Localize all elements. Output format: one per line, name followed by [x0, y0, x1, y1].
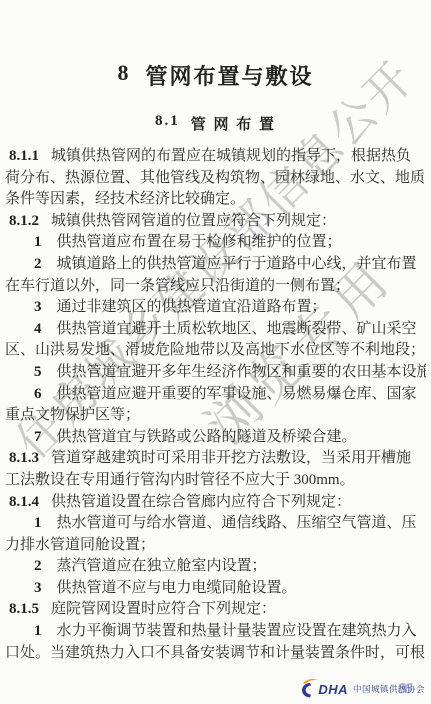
chapter-title-text: 管网布置与敷设 [145, 60, 313, 91]
line-text: 条件等因素，经技术经济比较确定。 [5, 191, 245, 207]
body-text: 8.1.1城镇供热管网的布置应在城镇规划的指导下，根据热负 荷分布、热源位置、其… [5, 146, 426, 664]
dha-logo-name: 中国城镇供热协会 [353, 683, 425, 695]
line-text: 在车行道以外，同一条管线应只沿街道的一侧布置； [5, 278, 350, 294]
line-number: 7 [34, 429, 42, 445]
section-number: 8.1 [155, 113, 180, 134]
body-line: 在车行道以外，同一条管线应只沿街道的一侧布置； [5, 276, 426, 298]
line-text: 力排水管道同舱设置； [5, 537, 155, 553]
body-line: 3供热管道不应与电力电缆同舱设置。 [5, 578, 426, 600]
line-number: 5 [34, 364, 42, 380]
document-page: 住房城乡建设部信息公开 浏览专用 8 管网布置与敷设 8.1 管 网 布 置 8… [0, 0, 431, 704]
body-line: 8.1.4供热管道设置在综合管廊内应符合下列规定： [5, 492, 426, 514]
line-text: 供热管道不应与电力电缆同舱设置。 [57, 580, 297, 596]
line-number: 8.1.4 [9, 494, 39, 510]
body-line: 口处。当建筑热力入口不具备安装调节和计量装置条件时，可根 [5, 643, 426, 665]
line-text: 水力平衡调节装置和热量计量装置应设置在建筑热力入 [57, 623, 417, 639]
line-number: 3 [34, 299, 42, 315]
line-number: 8.1.2 [9, 213, 39, 229]
line-text: 热水管道可与给水管道、通信线路、压缩空气管道、压 [57, 515, 417, 531]
line-number: 2 [34, 558, 42, 574]
line-text: 区、山洪易发地、滑坡危险地带以及高地下水位区等不利地段； [5, 342, 425, 358]
line-number: 6 [34, 386, 42, 402]
body-line: 6供热管道应避开重要的军事设施、易燃易爆仓库、国家 [5, 384, 426, 406]
line-text: 荷分布、热源位置、其他管线及构筑物、园林绿地、水文、地质 [5, 170, 425, 186]
line-number: 1 [34, 234, 42, 250]
line-text: 蒸汽管道应在独立舱室内设置； [57, 558, 267, 574]
line-number: 1 [34, 623, 42, 639]
line-number: 4 [34, 321, 42, 337]
body-line: 工法敷设在专用通行管沟内时管径不应大于 300mm。 [5, 470, 426, 492]
line-text: 庭院管网设置时应符合下列规定： [51, 601, 276, 617]
body-line: 3通过非建筑区的供热管道宜沿道路布置； [5, 297, 426, 319]
body-line: 1水力平衡调节装置和热量计量装置应设置在建筑热力入 [5, 621, 426, 643]
line-number: 1 [34, 515, 42, 531]
line-text: 重点文物保护区等； [5, 407, 140, 423]
body-line: 8.1.3管道穿越建筑时可采用非开挖方法敷设，当采用开槽施 [5, 448, 426, 470]
body-line: 2蒸汽管道应在独立舱室内设置； [5, 556, 426, 578]
body-line: 重点文物保护区等； [5, 405, 426, 427]
dha-logo-acronym: DHA [318, 682, 348, 697]
page-number: 86 [398, 681, 411, 698]
body-line: 8.1.5庭院管网设置时应符合下列规定： [5, 599, 426, 621]
line-number: 3 [34, 580, 42, 596]
line-text: 管道穿越建筑时可采用非开挖方法敷设，当采用开槽施 [51, 450, 411, 466]
line-text: 供热管道应避开重要的军事设施、易燃易爆仓库、国家 [57, 386, 417, 402]
body-line: 区、山洪易发地、滑坡危险地带以及高地下水位区等不利地段； [5, 340, 426, 362]
line-text: 供热管道宜与铁路或公路的隧道及桥梁合建。 [57, 429, 357, 445]
line-text: 供热管道宜避开多年生经济作物区和重要的农田基本设施； [57, 364, 427, 380]
line-text: 供热管道宜避开土质松软地区、地震断裂带、矿山采空 [57, 321, 417, 337]
body-line: 条件等因素，经技术经济比较确定。 [5, 189, 426, 211]
body-line: 荷分布、热源位置、其他管线及构筑物、园林绿地、水文、地质 [5, 168, 426, 190]
body-line: 1供热管道应布置在易于检修和维护的位置； [5, 232, 426, 254]
body-line: 7供热管道宜与铁路或公路的隧道及桥梁合建。 [5, 427, 426, 449]
body-line: 8.1.2城镇供热管网管道的位置应符合下列规定： [5, 211, 426, 233]
line-text: 口处。当建筑热力入口不具备安装调节和计量装置条件时，可根 [5, 645, 425, 661]
body-line: 8.1.1城镇供热管网的布置应在城镇规划的指导下，根据热负 [5, 146, 426, 168]
body-line: 4供热管道宜避开土质松软地区、地震断裂带、矿山采空 [5, 319, 426, 341]
section-title-text: 管 网 布 置 [191, 113, 276, 134]
body-line: 1热水管道可与给水管道、通信线路、压缩空气管道、压 [5, 513, 426, 535]
line-text: 城镇道路上的供热管道应平行于道路中心线，并宜布置 [57, 256, 417, 272]
line-text: 供热管道设置在综合管廊内应符合下列规定： [51, 494, 351, 510]
line-text: 城镇供热管网的布置应在城镇规划的指导下，根据热负 [51, 148, 411, 164]
line-text: 供热管道应布置在易于检修和维护的位置； [57, 234, 342, 250]
chapter-title: 8 管网布置与敷设 [0, 60, 431, 91]
line-text: 工法敷设在专用通行管沟内时管径不应大于 300mm。 [5, 472, 355, 488]
body-line: 力排水管道同舱设置； [5, 535, 426, 557]
body-line: 2城镇道路上的供热管道应平行于道路中心线，并宜布置 [5, 254, 426, 276]
section-title: 8.1 管 网 布 置 [0, 113, 431, 134]
line-number: 8.1.5 [9, 601, 39, 617]
chapter-number: 8 [117, 60, 130, 91]
line-text: 通过非建筑区的供热管道宜沿道路布置； [57, 299, 327, 315]
line-number: 8.1.3 [9, 450, 39, 466]
line-number: 8.1.1 [9, 148, 39, 164]
line-number: 2 [34, 256, 42, 272]
body-line: 5供热管道宜避开多年生经济作物区和重要的农田基本设施； [5, 362, 426, 384]
line-text: 城镇供热管网管道的位置应符合下列规定： [51, 213, 336, 229]
